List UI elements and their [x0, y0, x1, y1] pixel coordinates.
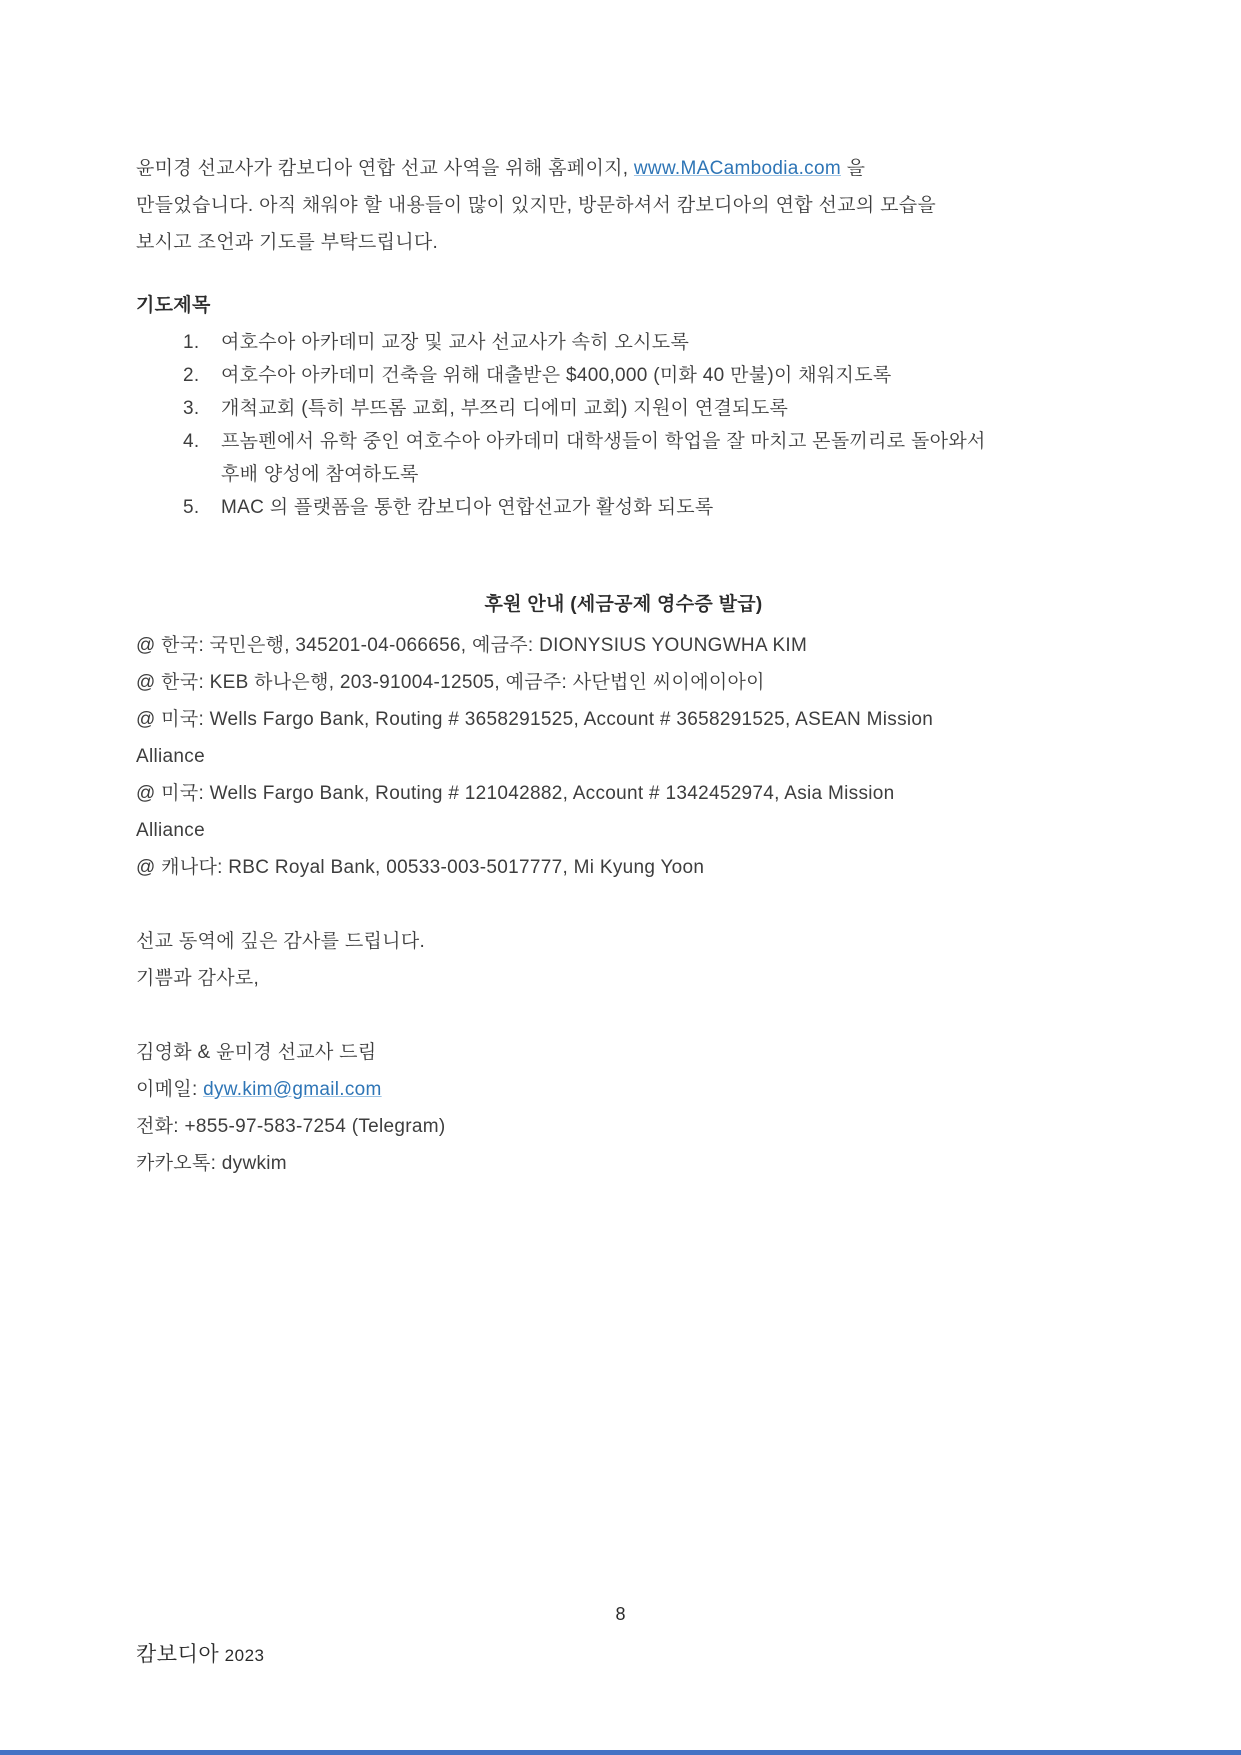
donation-account-canada: @ 캐나다: RBC Royal Bank, 00533-003-5017777… [136, 849, 1111, 886]
donation-account-list: @ 한국: 국민은행, 345201-04-066656, 예금주: DIONY… [136, 627, 1111, 886]
prayer-topics-list: 1. 여호수아 아카데미 교장 및 교사 선교사가 속히 오시도록 2. 여호수… [136, 326, 1111, 524]
donation-heading: 후원 안내 (세금공제 영수증 발급) [136, 586, 1111, 623]
donation-account-usa-1: @ 미국: Wells Fargo Bank, Routing # 365829… [136, 701, 1111, 738]
prayer-item-number: 5. [183, 491, 221, 524]
donation-account-korea-2: @ 한국: KEB 하나은행, 203-91004-12505, 예금주: 사단… [136, 664, 1111, 701]
prayer-item-5: 5. MAC 의 플랫폼을 통한 캄보디아 연합선교가 활성화 되도록 [136, 491, 1111, 524]
bottom-edge-bar [0, 1750, 1241, 1755]
footer-title-korean: 캄보디아 [136, 1643, 219, 1666]
prayer-item-1: 1. 여호수아 아카데미 교장 및 교사 선교사가 속히 오시도록 [136, 326, 1111, 359]
intro-paragraph-line-3: 보시고 조언과 기도를 부탁드립니다. [136, 224, 1111, 261]
closing-joy: 기쁨과 감사로, [136, 960, 1111, 997]
prayer-item-text-line-1: 프놈펜에서 유학 중인 여호수아 아카데미 대학생들이 학업을 잘 마치고 몬돌… [221, 431, 986, 452]
email-label: 이메일: [136, 1079, 203, 1100]
prayer-item-text-line-2: 후배 양성에 참여하도록 [221, 464, 419, 485]
page-number: 8 [0, 1604, 1241, 1625]
document-page: 윤미경 선교사가 캄보디아 연합 선교 사역을 위해 홈페이지, www.MAC… [0, 0, 1241, 1755]
closing-kakao: 카카오톡: dywkim [136, 1145, 1111, 1182]
prayer-item-text: MAC 의 플랫폼을 통한 캄보디아 연합선교가 활성화 되도록 [221, 491, 1111, 524]
prayer-item-text: 프놈펜에서 유학 중인 여호수아 아카데미 대학생들이 학업을 잘 마치고 몬돌… [221, 425, 1111, 491]
footer-title: 캄보디아 2023 [136, 1638, 265, 1668]
donation-account-usa-2-wrap: Alliance [136, 812, 1111, 849]
intro-paragraph-line-1: 윤미경 선교사가 캄보디아 연합 선교 사역을 위해 홈페이지, www.MAC… [136, 150, 1111, 187]
email-link[interactable]: dyw.kim@gmail.com [203, 1079, 382, 1100]
footer-title-year: 2023 [225, 1646, 265, 1665]
donation-account-usa-2: @ 미국: Wells Fargo Bank, Routing # 121042… [136, 775, 1111, 812]
prayer-topics-heading: 기도제목 [136, 287, 1111, 324]
closing-phone: 전화: +855-97-583-7254 (Telegram) [136, 1108, 1111, 1145]
prayer-item-3: 3. 개척교회 (특히 부뜨롬 교회, 부쯔리 디에미 교회) 지원이 연결되도… [136, 392, 1111, 425]
prayer-item-number: 2. [183, 359, 221, 392]
prayer-item-number: 3. [183, 392, 221, 425]
prayer-item-number: 4. [183, 425, 221, 491]
document-body: 윤미경 선교사가 캄보디아 연합 선교 사역을 위해 홈페이지, www.MAC… [0, 0, 1241, 1182]
prayer-item-text: 개척교회 (특히 부뜨롬 교회, 부쯔리 디에미 교회) 지원이 연결되도록 [221, 392, 1111, 425]
prayer-item-2: 2. 여호수아 아카데미 건축을 위해 대출받은 $400,000 (미화 40… [136, 359, 1111, 392]
prayer-item-text: 여호수아 아카데미 건축을 위해 대출받은 $400,000 (미화 40 만불… [221, 359, 1111, 392]
intro-text-after-link: 을 [841, 158, 865, 179]
website-link[interactable]: www.MACambodia.com [634, 158, 841, 179]
intro-paragraph-line-2: 만들었습니다. 아직 채워야 할 내용들이 많이 있지만, 방문하셔서 캄보디아… [136, 187, 1111, 224]
intro-text-before-link: 윤미경 선교사가 캄보디아 연합 선교 사역을 위해 홈페이지, [136, 158, 634, 179]
prayer-item-number: 1. [183, 326, 221, 359]
prayer-item-4: 4. 프놈펜에서 유학 중인 여호수아 아카데미 대학생들이 학업을 잘 마치고… [136, 425, 1111, 491]
donation-account-korea-1: @ 한국: 국민은행, 345201-04-066656, 예금주: DIONY… [136, 627, 1111, 664]
closing-thanks: 선교 동역에 깊은 감사를 드립니다. [136, 923, 1111, 960]
closing-email-line: 이메일: dyw.kim@gmail.com [136, 1071, 1111, 1108]
blank-line [136, 886, 1111, 923]
closing-signature: 김영화 & 윤미경 선교사 드림 [136, 1034, 1111, 1071]
prayer-item-text: 여호수아 아카데미 교장 및 교사 선교사가 속히 오시도록 [221, 326, 1111, 359]
blank-line [136, 997, 1111, 1034]
donation-account-usa-1-wrap: Alliance [136, 738, 1111, 775]
